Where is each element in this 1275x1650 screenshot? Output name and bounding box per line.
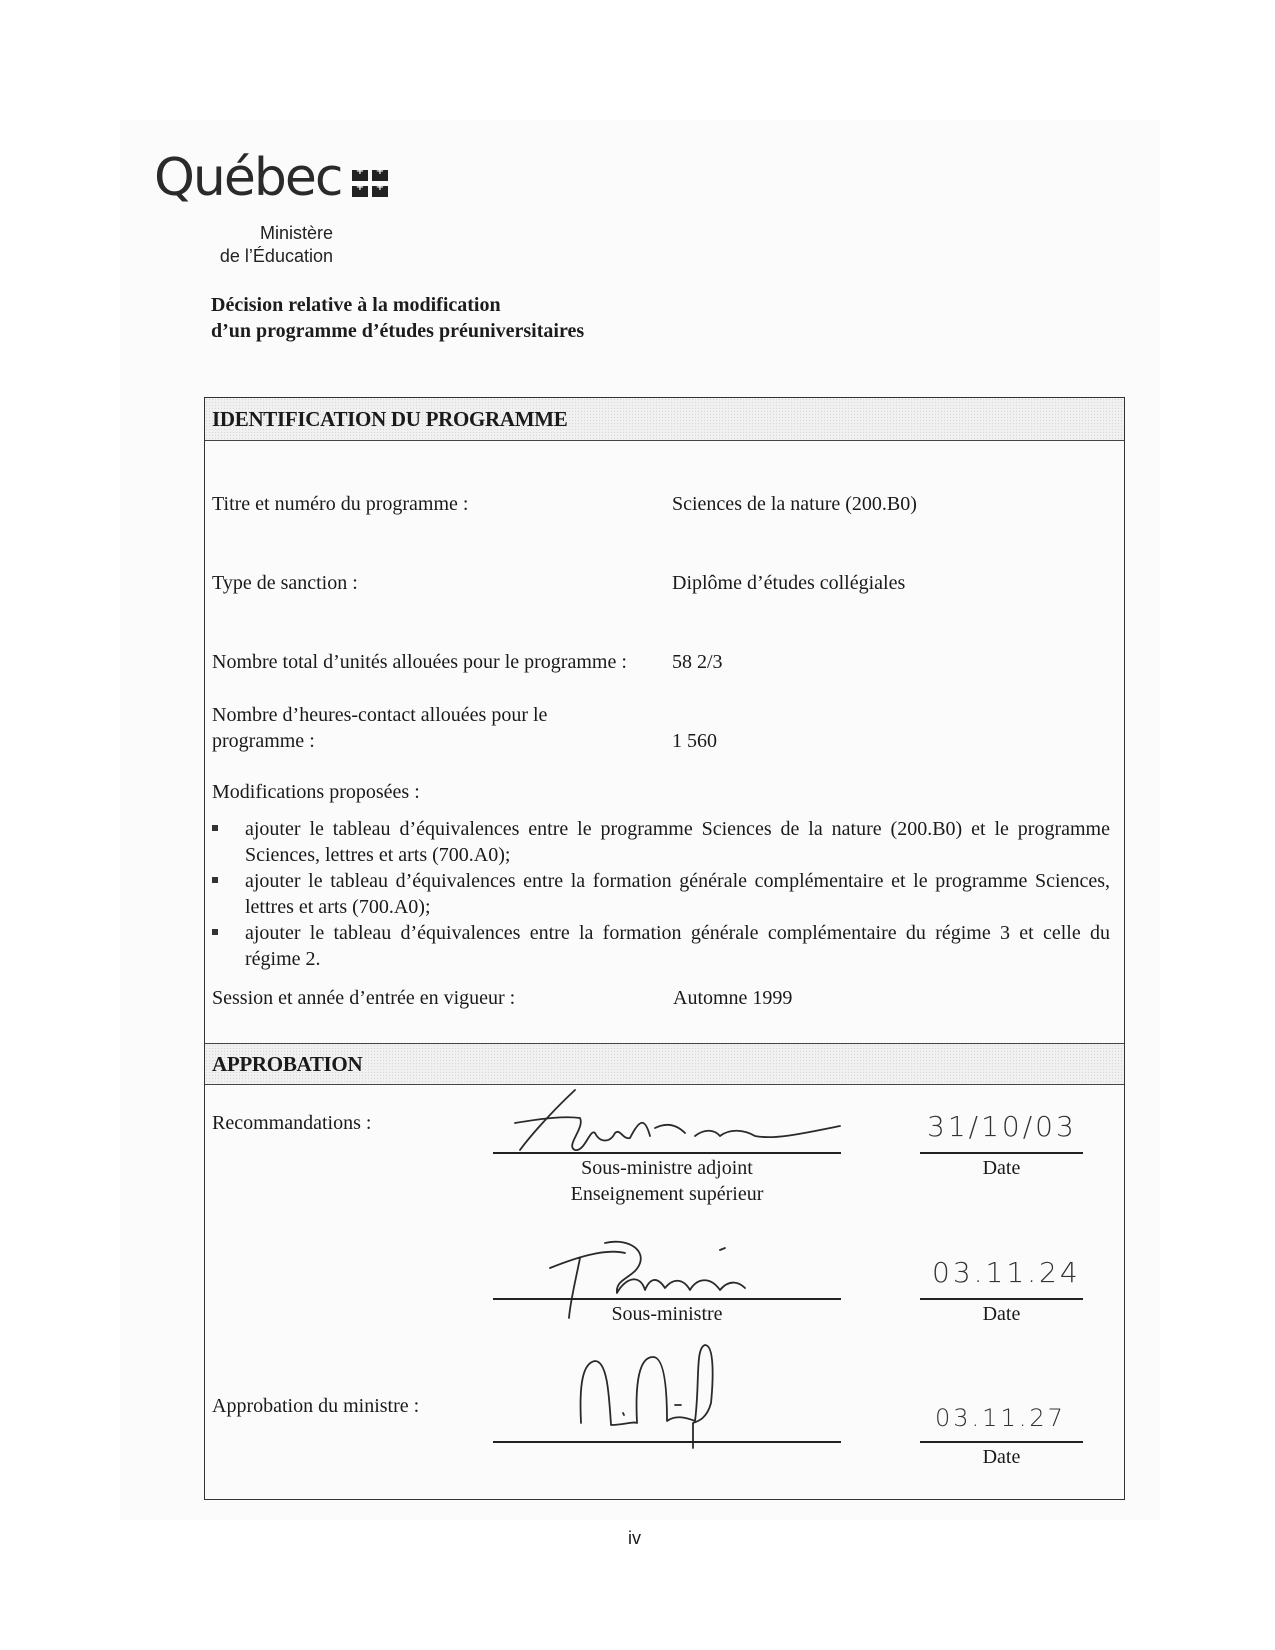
- field-value-heures: 1 560: [672, 728, 717, 754]
- session-label: Session et année d’entrée en vigueur :: [212, 985, 515, 1011]
- field-value-titre: Sciences de la nature (200.B0): [672, 491, 917, 517]
- modification-text: ajouter le tableau d’équivalences entre …: [245, 868, 1110, 920]
- handwritten-date-3: 03.11.27: [935, 1404, 1066, 1432]
- date-label-3: Date: [920, 1444, 1083, 1470]
- decision-form: IDENTIFICATION DU PROGRAMME Titre et num…: [204, 397, 1125, 1500]
- approbation-section-header: APPROBATION: [205, 1043, 1124, 1085]
- signature-line-2: [493, 1298, 841, 1300]
- page-number: iv: [628, 1528, 641, 1549]
- bullet-square-icon: [212, 877, 218, 883]
- document-title-line1: Décision relative à la modification: [211, 292, 584, 318]
- recommandations-label: Recommandations :: [212, 1110, 371, 1136]
- date-line-1: [920, 1152, 1083, 1154]
- quebec-logo-wordmark: Québec: [154, 152, 341, 204]
- ministre-label: Approbation du ministre :: [212, 1393, 419, 1419]
- session-value: Automne 1999: [673, 985, 792, 1011]
- field-label-titre: Titre et numéro du programme :: [212, 491, 468, 517]
- document-title: Décision relative à la modification d’un…: [211, 292, 584, 344]
- date-line-3: [920, 1441, 1083, 1443]
- document-title-line2: d’un programme d’études préuniversitaire…: [211, 318, 584, 344]
- bullet-square-icon: [212, 825, 218, 831]
- identification-section-title: IDENTIFICATION DU PROGRAMME: [212, 407, 568, 432]
- signature-role-1-line1: Sous-ministre adjoint: [493, 1155, 841, 1181]
- identification-section-header: IDENTIFICATION DU PROGRAMME: [205, 398, 1124, 441]
- handwritten-date-1: 31/10/03: [927, 1110, 1077, 1143]
- signature-role-1-line2: Enseignement supérieur: [493, 1181, 841, 1207]
- signature-role-1: Sous-ministre adjoint Enseignement supér…: [493, 1155, 841, 1207]
- ministry-name: Ministère de l’Éducation: [180, 222, 333, 268]
- field-label-heures: Nombre d’heures-contact allouées pour le…: [212, 702, 547, 754]
- signature-line-3: [493, 1441, 841, 1443]
- handwritten-date-2: 03.11.24: [932, 1256, 1081, 1289]
- field-label-heures-line1: Nombre d’heures-contact allouées pour le: [212, 702, 547, 728]
- approbation-section-title: APPROBATION: [212, 1052, 362, 1077]
- field-value-sanction: Diplôme d’études collégiales: [672, 570, 905, 596]
- date-line-2: [920, 1298, 1083, 1300]
- field-label-sanction: Type de sanction :: [212, 570, 358, 596]
- modifications-label: Modifications proposées :: [212, 779, 420, 805]
- signature-ministre: [575, 1343, 755, 1453]
- ministry-line2: de l’Éducation: [180, 245, 333, 268]
- modification-text: ajouter le tableau d’équivalences entre …: [245, 920, 1110, 972]
- signature-role-2: Sous-ministre: [493, 1301, 841, 1327]
- bullet-square-icon: [212, 929, 218, 935]
- date-label-1: Date: [920, 1155, 1083, 1181]
- field-label-heures-line2: programme :: [212, 728, 547, 754]
- quebec-flag-icon: [352, 170, 390, 198]
- signature-line-1: [493, 1152, 841, 1154]
- field-value-unites: 58 2/3: [672, 649, 723, 675]
- modification-text: ajouter le tableau d’équivalences entre …: [245, 816, 1110, 868]
- signature-sous-ministre-adjoint: [505, 1088, 845, 1158]
- date-label-2: Date: [920, 1301, 1083, 1327]
- field-label-unites: Nombre total d’unités allouées pour le p…: [212, 649, 627, 675]
- ministry-line1: Ministère: [180, 222, 333, 245]
